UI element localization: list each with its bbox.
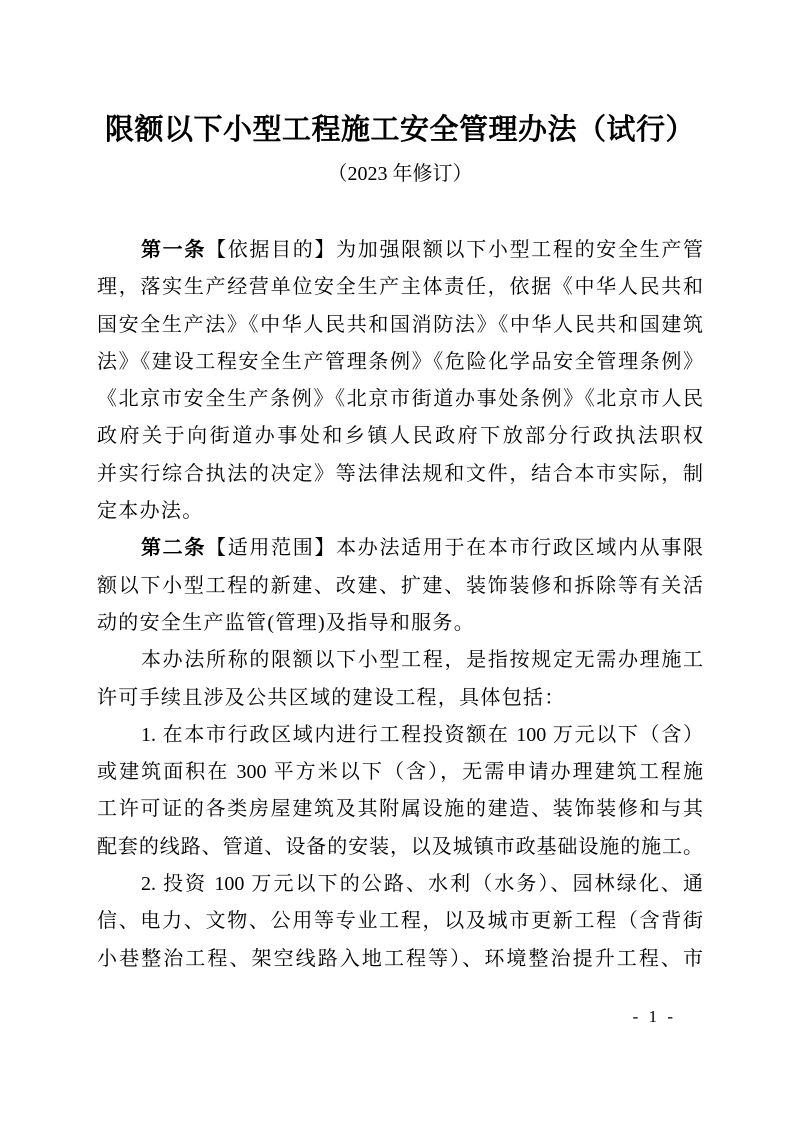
article-number: 第二条 [141,537,206,559]
text-line: 许可手续且涉及公共区域的建设工程，具体包括： [97,680,703,717]
text-segment: 法》《建设工程安全生产管理条例》《危险化学品安全管理条例》 [97,351,703,373]
text-segment: 1. 在本市行政区域内进行工程投资额在 100 万元以下（含） [141,724,703,746]
text-segment: 许可手续且涉及公共区域的建设工程，具体包括： [97,687,566,709]
page-content: 限额以下小型工程施工安全管理办法（试行） （2023 年修订） 第一条【依据目的… [0,0,800,978]
text-line: 小巷整治工程、架空线路入地工程等）、环境整治提升工程、市 [97,941,703,978]
text-line: 本办法所称的限额以下小型工程，是指按规定无需办理施工 [97,642,703,679]
text-line: 或建筑面积在 300 平方米以下（含），无需申请办理建筑工程施 [97,754,703,791]
text-line: 政府关于向街道办事处和乡镇人民政府下放部分行政执法职权 [97,418,703,455]
text-line: 第一条【依据目的】为加强限额以下小型工程的安全生产管 [97,232,703,269]
text-segment: 并实行综合执法的决定》等法律法规和文件，结合本市实际，制 [97,463,703,485]
text-segment: 或建筑面积在 300 平方米以下（含），无需申请办理建筑工程施 [97,761,703,783]
document-title: 限额以下小型工程施工安全管理办法（试行） [97,112,703,148]
text-line: 1. 在本市行政区域内进行工程投资额在 100 万元以下（含） [97,717,703,754]
document-subtitle: （2023 年修订） [97,163,703,186]
document-body: 第一条【依据目的】为加强限额以下小型工程的安全生产管理，落实生产经营单位安全生产… [97,232,703,978]
document-page: { "doc": { "title": "限额以下小型工程施工安全管理办法（试行… [0,0,800,1132]
text-line: 第二条【适用范围】本办法适用于在本市行政区域内从事限 [97,530,703,567]
text-segment: 理，落实生产经营单位安全生产主体责任，依据《中华人民共和 [97,276,703,298]
text-segment: 定本办法。 [97,500,204,522]
text-segment: 《北京市安全生产条例》《北京市街道办事处条例》《北京市人民 [97,388,703,410]
text-segment: 配套的线路、管道、设备的安装，以及城镇市政基础设施的施工。 [97,836,703,858]
text-segment: 动的安全生产监管(管理)及指导和服务。 [97,612,475,634]
text-segment: 【适用范围】本办法适用于在本市行政区域内从事限 [206,537,703,559]
text-segment: 本办法所称的限额以下小型工程，是指按规定无需办理施工 [141,649,703,671]
text-line: 信、电力、文物、公用等专业工程，以及城市更新工程（含背街 [97,903,703,940]
text-line: 理，落实生产经营单位安全生产主体责任，依据《中华人民共和 [97,269,703,306]
text-segment: 国安全生产法》《中华人民共和国消防法》《中华人民共和国建筑 [97,314,703,336]
text-line: 工许可证的各类房屋建筑及其附属设施的建造、装饰装修和与其 [97,791,703,828]
text-line: 国安全生产法》《中华人民共和国消防法》《中华人民共和国建筑 [97,307,703,344]
text-segment: 额以下小型工程的新建、改建、扩建、装饰装修和拆除等有关活 [97,575,703,597]
text-segment: 信、电力、文物、公用等专业工程，以及城市更新工程（含背街 [97,910,703,932]
text-line: 额以下小型工程的新建、改建、扩建、装饰装修和拆除等有关活 [97,568,703,605]
text-segment: 政府关于向街道办事处和乡镇人民政府下放部分行政执法职权 [97,425,703,447]
text-segment: 小巷整治工程、架空线路入地工程等）、环境整治提升工程、市 [97,948,703,970]
text-segment: 【依据目的】为加强限额以下小型工程的安全生产管 [206,239,703,261]
text-line: 2. 投资 100 万元以下的公路、水利（水务）、园林绿化、通 [97,866,703,903]
text-segment: 工许可证的各类房屋建筑及其附属设施的建造、装饰装修和与其 [97,798,703,820]
page-number: - 1 - [633,1006,676,1028]
text-line: 并实行综合执法的决定》等法律法规和文件，结合本市实际，制 [97,456,703,493]
article-number: 第一条 [141,239,206,261]
text-segment: 2. 投资 100 万元以下的公路、水利（水务）、园林绿化、通 [141,873,703,895]
text-line: 动的安全生产监管(管理)及指导和服务。 [97,605,703,642]
text-line: 配套的线路、管道、设备的安装，以及城镇市政基础设施的施工。 [97,829,703,866]
text-line: 定本办法。 [97,493,703,530]
text-line: 法》《建设工程安全生产管理条例》《危险化学品安全管理条例》 [97,344,703,381]
text-line: 《北京市安全生产条例》《北京市街道办事处条例》《北京市人民 [97,381,703,418]
